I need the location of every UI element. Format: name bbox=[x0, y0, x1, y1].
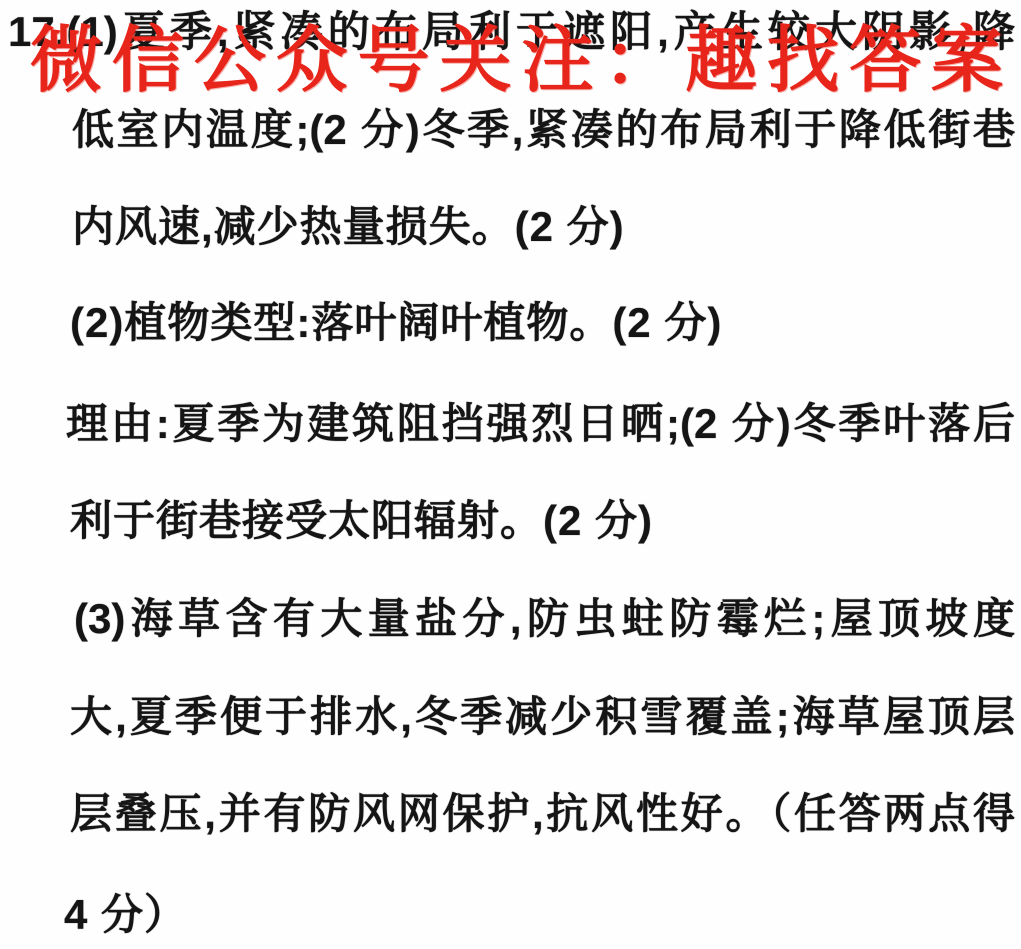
answer-line-6: 利于街巷接受太阳辐射。(2 分) bbox=[70, 497, 653, 545]
answer-line-10: 4 分） bbox=[64, 891, 187, 939]
answer-line-3: 内风速,减少热量损失。(2 分) bbox=[72, 203, 625, 251]
answer-line-5: 理由:夏季为建筑阻挡强烈日晒;(2 分)冬季叶落后 bbox=[66, 400, 1015, 448]
answer-line-7: (3)海草含有大量盐分,防虫蛀防霉烂;屋顶坡度 bbox=[74, 595, 1015, 643]
answer-line-9: 层叠压,并有防风网保护,抗风性好。（任答两点得 bbox=[70, 790, 1015, 838]
answer-sheet-page: 17.(1)夏季,紧凑的布局利于遮阳,产生较大阴影,降 低室内温度;(2 分)冬… bbox=[0, 0, 1021, 949]
answer-line-8: 大,夏季便于排水,冬季减少积雪覆盖;海草屋顶层 bbox=[70, 693, 1015, 741]
answer-line-4: (2)植物类型:落叶阔叶植物。(2 分) bbox=[70, 299, 722, 347]
watermark-text: 微信公众号关注：趣找答案 bbox=[30, 22, 1003, 101]
answer-line-2: 低室内温度;(2 分)冬季,紧凑的布局利于降低街巷 bbox=[72, 106, 1015, 154]
